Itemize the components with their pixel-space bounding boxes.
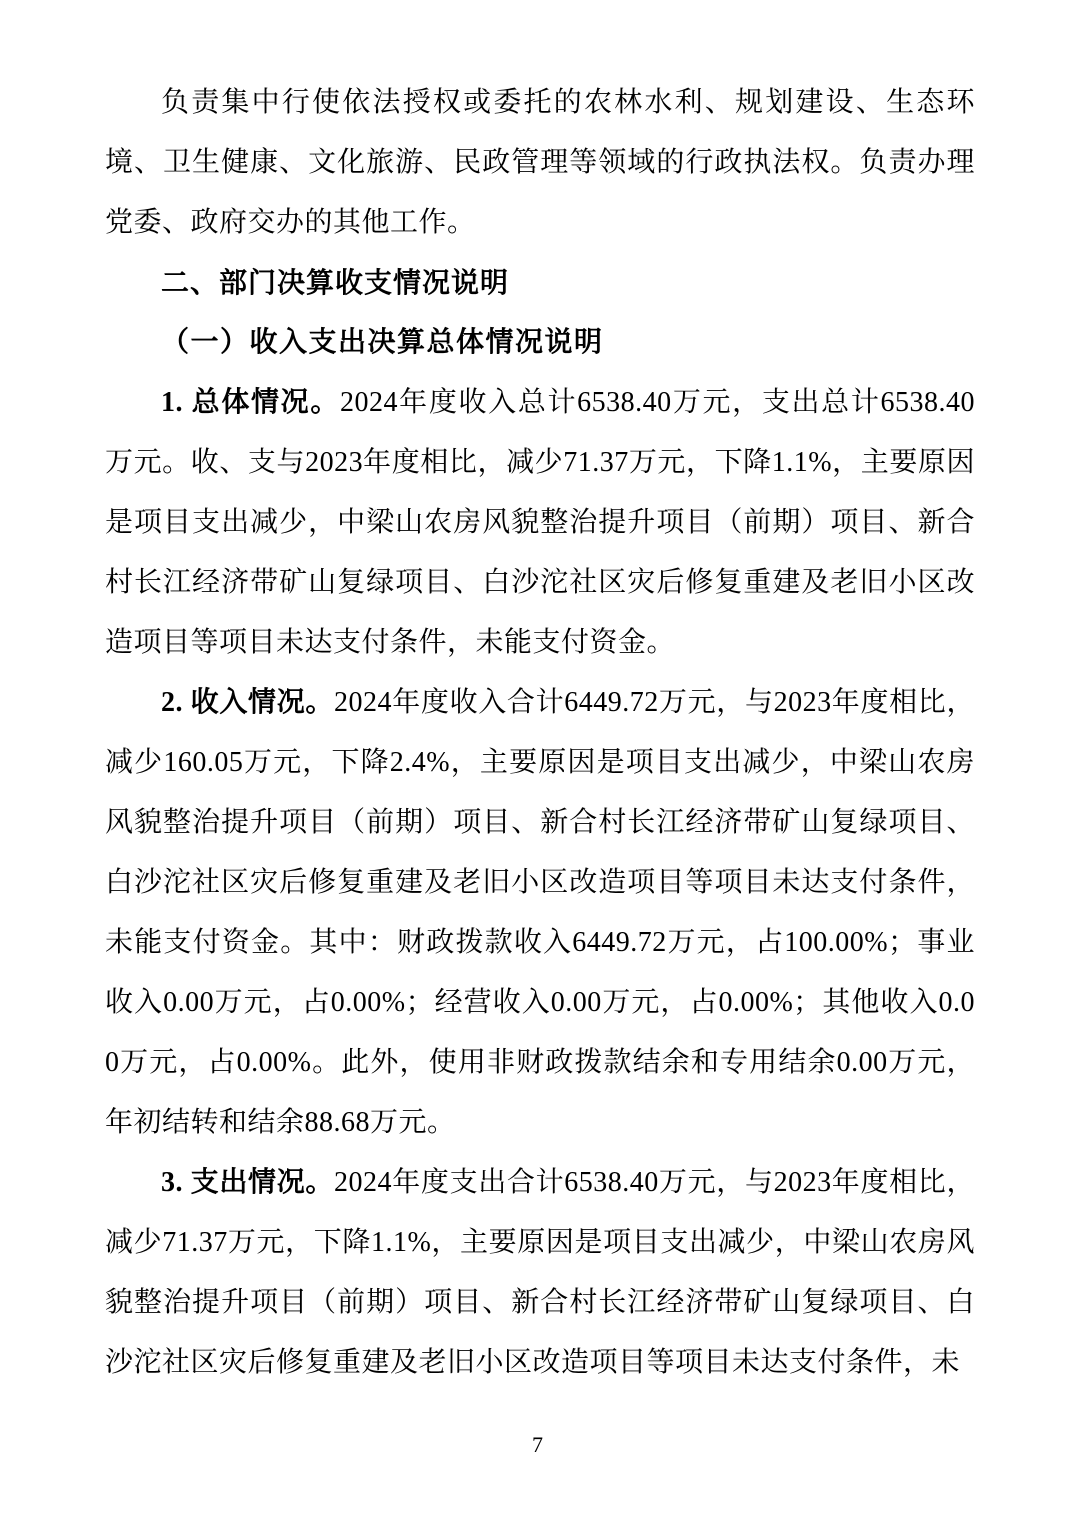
- paragraph-income-situation: 2. 收入情况。2024年度收入合计6449.72万元，与2023年度相比，减少…: [105, 673, 975, 1153]
- section-heading-budget-overview: 二、部门决算收支情况说明: [105, 253, 975, 313]
- section-heading-text: 二、部门决算收支情况说明: [161, 267, 509, 298]
- paragraph-income-lead: 2. 收入情况。: [161, 687, 334, 718]
- paragraph-expenditure-situation: 3. 支出情况。2024年度支出合计6538.40万元，与2023年度相比，减少…: [105, 1153, 975, 1393]
- subsection-heading-income-expenditure: （一）收入支出决算总体情况说明: [105, 313, 975, 373]
- document-body: 负责集中行使依法授权或委托的农林水利、规划建设、生态环境、卫生健康、文化旅游、民…: [105, 73, 975, 1393]
- subsection-heading-text: （一）收入支出决算总体情况说明: [161, 327, 604, 358]
- paragraph-overall-situation: 1. 总体情况。2024年度收入总计6538.40万元，支出总计6538.40万…: [105, 373, 975, 673]
- paragraph-overall-text: 2024年度收入总计6538.40万元，支出总计6538.40万元。收、支与20…: [105, 387, 975, 658]
- paragraph-expenditure-lead: 3. 支出情况。: [161, 1167, 334, 1198]
- paragraph-overall-lead: 1. 总体情况。: [161, 387, 340, 418]
- paragraph-duties: 负责集中行使依法授权或委托的农林水利、规划建设、生态环境、卫生健康、文化旅游、民…: [105, 73, 975, 253]
- document-page: 负责集中行使依法授权或委托的农林水利、规划建设、生态环境、卫生健康、文化旅游、民…: [0, 0, 1075, 1520]
- paragraph-expenditure-text: 2024年度支出合计6538.40万元，与2023年度相比，减少71.37万元，…: [105, 1167, 975, 1378]
- paragraph-duties-text: 负责集中行使依法授权或委托的农林水利、规划建设、生态环境、卫生健康、文化旅游、民…: [105, 87, 975, 238]
- page-number: 7: [0, 1430, 1075, 1460]
- paragraph-income-text: 2024年度收入合计6449.72万元，与2023年度相比，减少160.05万元…: [105, 687, 975, 1138]
